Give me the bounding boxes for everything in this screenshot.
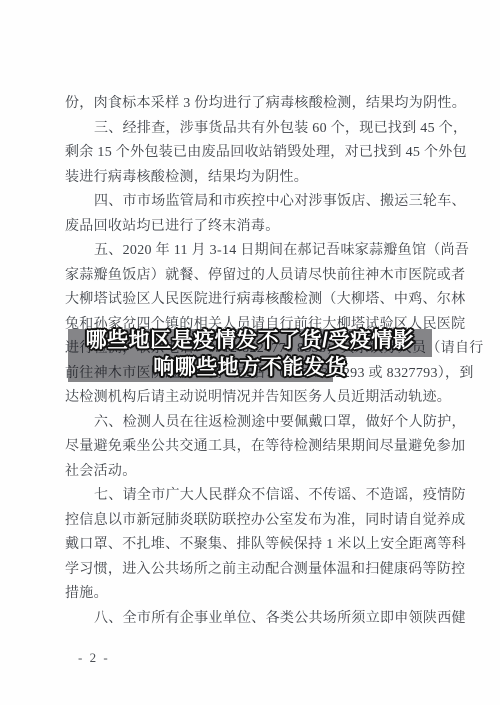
doc-line: 装进行病毒核酸检测，结果均为阴性。 [65,166,467,191]
caption-line-2: 响哪些地方不能发货 [0,354,500,381]
doc-line: 控信息以市新冠肺炎联防联控办公室发布为准，同时请自觉养成 [65,509,467,534]
doc-line: 八、全市所有企事业单位、各类公共场所须立即申领陕西健 [65,607,467,632]
doc-line: 措施。 [65,582,467,607]
scanned-document-page: 份，肉食标本采样 3 份均进行了病毒核酸检测，结果均为阴性。三、经排查，涉事货品… [0,0,500,705]
doc-line: 剩余 15 个外包装已由废品回收站销毁处理，对已找到 45 个外包 [65,141,467,166]
doc-line: 四、市市场监管局和市疾控中心对涉事饭店、搬运三轮车、 [65,190,467,215]
doc-line: 尽量避免乘坐公共交通工具，在等待检测结果期间尽量避免参加 [65,435,467,460]
doc-line: 七、请全市广大人民群众不信谣、不传谣、不造谣，疫情防 [65,484,467,509]
doc-line: 五、2020 年 11 月 3-14 日期间在郝记吾味家蒜瓣鱼馆（尚吾 [65,239,467,264]
doc-line: 学习惯，进入公共场所之前主动配合测量体温和扫健康码等防控 [65,558,467,583]
doc-line: 戴口罩、不扎堆、不聚集、排队等候保持 1 米以上安全距离等科 [65,533,467,558]
doc-line: 达检测机构后请主动说明情况并告知医务人员近期活动轨迹。 [65,386,467,411]
doc-line: 社会活动。 [65,460,467,485]
doc-line: 废品回收站均已进行了终末消毒。 [65,215,467,240]
doc-line: 三、经排查，涉事货品共有外包装 60 个，现已找到 45 个， [65,117,467,142]
doc-line: 大柳塔试验区人民医院进行病毒核酸检测（大柳塔、中鸡、尔林 [65,288,467,313]
caption-overlay: 哪些地区是疫情发不了货/受疫情影 响哪些地方不能发货 [0,327,500,381]
caption-line-1: 哪些地区是疫情发不了货/受疫情影 [0,327,500,354]
doc-line: 六、检测人员在往返检测途中要佩戴口罩，做好个人防护， [65,411,467,436]
page-number: - 2 - [78,650,110,666]
doc-line: 份，肉食标本采样 3 份均进行了病毒核酸检测，结果均为阴性。 [65,92,467,117]
doc-line: 家蒜瓣鱼饭店）就餐、停留过的人员请尽快前往神木市医院或者 [65,264,467,289]
